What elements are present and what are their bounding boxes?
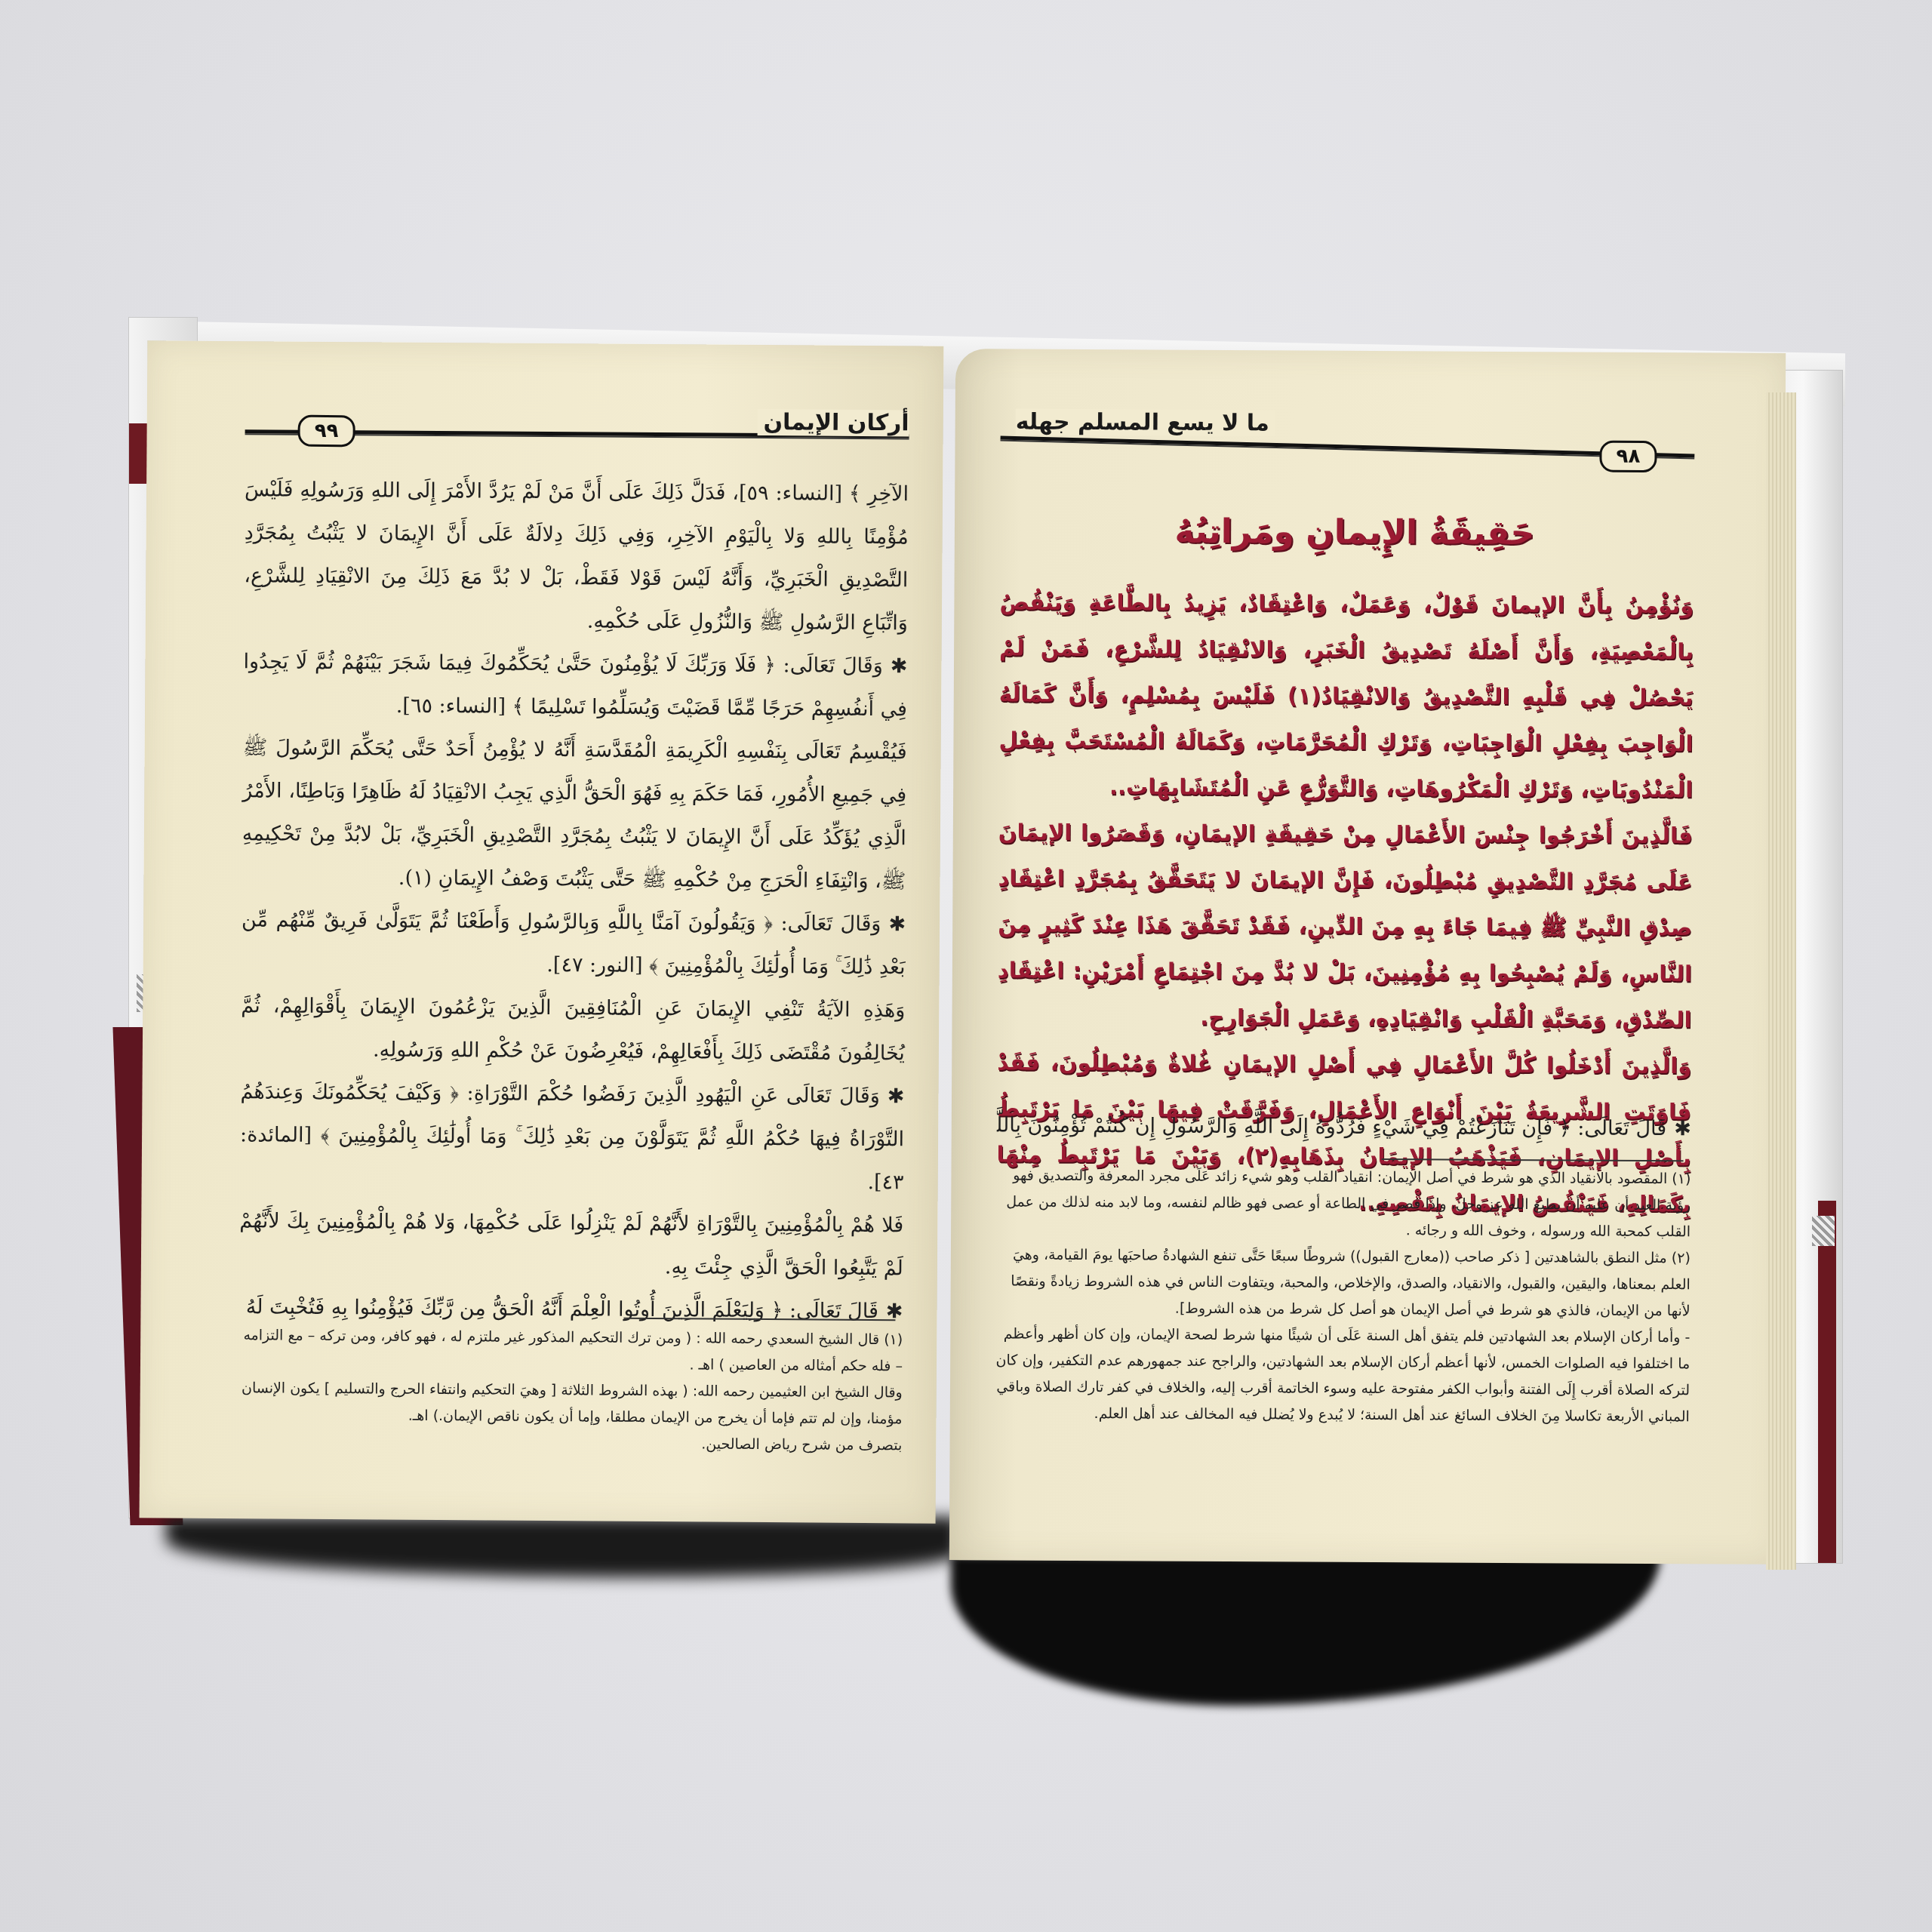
red-paragraph: فَالَّذِينَ أَخْرَجُوا جِنْسَ الأَعْمَال…: [997, 809, 1693, 1043]
footnotes: (١) قال الشيخ السعدي رحمه الله : ( ومن ت…: [238, 1322, 903, 1459]
header-rule: [1000, 435, 1694, 459]
star-bullet-icon: ✱: [888, 1084, 905, 1108]
book-shadow: [166, 1517, 958, 1577]
footnote: - وأما أركان الإسلام بعد الشهادتين فلم ي…: [995, 1321, 1690, 1430]
running-title: ما لا يسع المسلم جهله: [1016, 409, 1275, 437]
ayah-line: ✱قَالَ تَعَالَى: ﴿ فَإِن تَنَازَعْتُمْ ف…: [997, 1103, 1691, 1150]
running-header: ما لا يسع المسلم جهله ٩٨: [1000, 413, 1694, 462]
paragraph: فَيُقْسِمُ تَعَالَى بِنَفْسِهِ الْكَرِيم…: [241, 726, 907, 903]
main-text: الآخِرِ ﴾ [النساء: ٥٩]، فَدَلَّ ذَلِكَ ع…: [238, 468, 909, 1333]
ayah-paragraph: ✱وَقَالَ تَعَالَى: ﴿ فَلَا وَرَبِّكَ لَا…: [243, 640, 908, 731]
ayah-paragraph: ✱وَقَالَ تَعَالَى: ﴿ وَيَقُولُونَ آمَنَّ…: [241, 898, 906, 989]
paragraph: فَلا هُمْ بِالْمُؤْمِنِينَ بِالتَّوْرَاة…: [239, 1199, 904, 1290]
chapter-title: حَقِيقَةُ الإِيمانِ ومَراتِبُهُ: [1174, 512, 1536, 553]
page-shadow: [951, 1555, 1660, 1706]
footnote: (١) المقصود بالانقياد الذي هو شرط في أصل…: [996, 1162, 1691, 1245]
red-paragraph: وَنُؤْمِنُ بِأَنَّ الإيمانَ قَوْلٌ، وَعَ…: [998, 579, 1694, 813]
footnote: وقال الشيخ ابن العثيمين رحمه الله: ( بهذ…: [238, 1375, 902, 1432]
cover-ornament: [1812, 1216, 1835, 1246]
cover-red-band: [1818, 1201, 1836, 1563]
running-title: أركان الإيمان: [757, 409, 909, 436]
page-99: ٩٩ أركان الإيمان الآخِرِ ﴾ [النساء: ٥٩]،…: [140, 340, 944, 1523]
star-bullet-icon: ✱: [1674, 1117, 1691, 1140]
running-header: ٩٩ أركان الإيمان: [245, 413, 909, 463]
star-bullet-icon: ✱: [891, 654, 908, 678]
footnote: (٢) مثل النطق بالشاهدتين [ ذكر صاحب ((مع…: [995, 1241, 1690, 1324]
page-edges: [1766, 392, 1796, 1570]
footnote: (١) قال الشيخ السعدي رحمه الله : ( ومن ت…: [238, 1322, 903, 1380]
open-book: ٩٩ أركان الإيمان الآخِرِ ﴾ [النساء: ٥٩]،…: [0, 0, 1932, 1932]
ayah-paragraph: ✱وَقَالَ تَعَالَى عَنِ الْيَهُودِ الَّذِ…: [240, 1070, 905, 1204]
footnotes: (١) المقصود بالانقياد الذي هو شرط في أصل…: [995, 1162, 1691, 1430]
paragraph: وَهَذِهِ الآيَةُ تَنْفِي الإِيمَانَ عَنِ…: [241, 984, 906, 1075]
page-number: ٩٩: [297, 415, 355, 448]
page-number: ٩٨: [1599, 441, 1657, 472]
page-98: ما لا يسع المسلم جهله ٩٨ حَقِيقَةُ الإِي…: [949, 349, 1786, 1564]
footnote: بتصرف من شرح رياض الصالحين.: [238, 1428, 902, 1459]
star-bullet-icon: ✱: [888, 912, 906, 936]
paragraph: الآخِرِ ﴾ [النساء: ٥٩]، فَدَلَّ ذَلِكَ ع…: [244, 468, 909, 645]
